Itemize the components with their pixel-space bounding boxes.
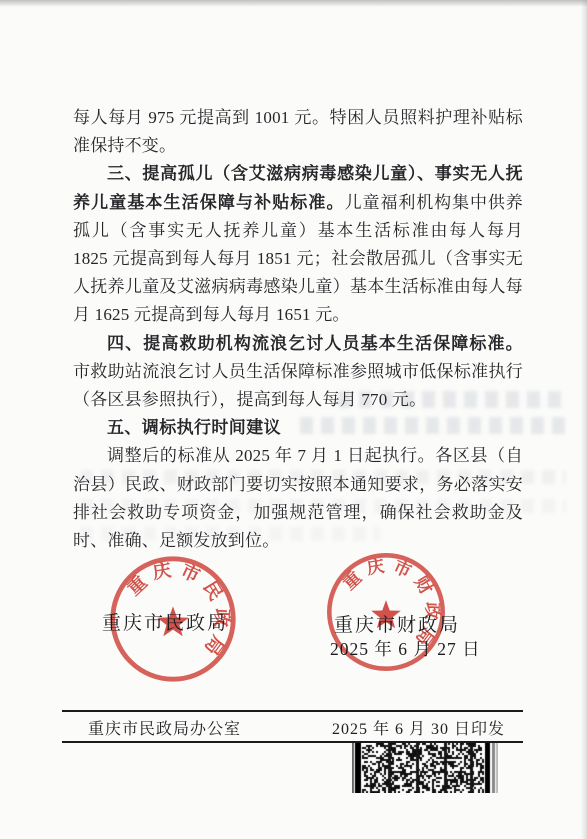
paragraph: 三、提高孤儿（含艾滋病病毒感染儿童）、事实无人抚养儿童基本生活保障与补贴标准。儿… (73, 160, 523, 329)
scanned-document-page: 每人每月 975 元提高到 1001 元。特困人员照料护理补贴标准保持不变。 三… (0, 0, 587, 839)
paragraph: 四、提高救助机构流浪乞讨人员基本生活保障标准。市救助站流浪乞讨人员生活保障标准参… (73, 330, 523, 415)
paragraph: 五、调标执行时间建议 (73, 414, 523, 442)
seal-ring (113, 559, 233, 679)
paragraph-text: 儿童福利机构集中供养孤儿（含事实无人抚养儿童）基本生活标准由每人每月 1825 … (73, 193, 523, 325)
document-barcode (352, 743, 498, 793)
svg-text:重庆市财政局: 重庆市财政局 (339, 555, 443, 655)
finance-official-seal: 重庆市财政局 (322, 548, 450, 676)
svg-text:重庆市民政局: 重庆市民政局 (123, 558, 233, 664)
issuing-office: 重庆市民政局办公室 (88, 716, 241, 739)
paragraph-text: 市救助站流浪乞讨人员生活保障标准参照城市低保标准执行（各区县参照执行），提高到每… (73, 362, 523, 409)
agency-signature-civil-affairs: 重庆市民政局 (102, 608, 228, 635)
print-date: 2025 年 6 月 30 日印发 (332, 716, 505, 739)
seal-star-icon (371, 600, 401, 628)
paragraph: 调整后的标准从 2025 年 7 月 1 日起执行。各区县（自治县）民政、财政部… (73, 442, 523, 555)
paragraph-text: 调整后的标准从 2025 年 7 月 1 日起执行。各区县（自治县）民政、财政部… (73, 446, 523, 550)
signature-date: 2025 年 6 月 27 日 (330, 636, 481, 661)
seal-ring (329, 555, 442, 668)
seal-arc-text: 重庆市民政局 (123, 558, 233, 664)
scan-edge-right (581, 0, 587, 839)
paragraph-lead: 五、调标执行时间建议 (107, 418, 281, 437)
agency-signature-finance: 重庆市财政局 (334, 610, 460, 637)
civil-affairs-official-seal: 重庆市民政局 (105, 551, 241, 687)
paragraph-text: 每人每月 975 元提高到 1001 元。特困人员照料护理补贴标准保持不变。 (73, 108, 523, 155)
seal-star-icon (157, 606, 188, 636)
document-body: 每人每月 975 元提高到 1001 元。特困人员照料护理补贴标准保持不变。 三… (73, 104, 523, 555)
paragraph-lead: 四、提高救助机构流浪乞讨人员基本生活保障标准。 (107, 334, 523, 353)
paragraph: 每人每月 975 元提高到 1001 元。特困人员照料护理补贴标准保持不变。 (73, 104, 523, 160)
footer-rule-top (62, 710, 523, 712)
seal-arc-text: 重庆市财政局 (339, 555, 443, 655)
scan-edge-top (0, 0, 587, 7)
footer: 重庆市民政局办公室 2025 年 6 月 30 日印发 (62, 714, 523, 740)
